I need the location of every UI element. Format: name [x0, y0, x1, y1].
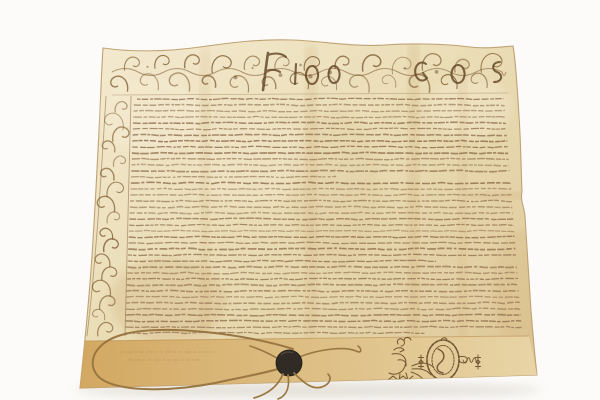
- manuscript-charter-photo: [0, 0, 600, 400]
- frieze-dot: [234, 75, 238, 79]
- frieze-dot: [146, 66, 148, 68]
- light-patch: [98, 77, 202, 153]
- frieze-dot: [279, 73, 283, 77]
- frieze-dot: [308, 74, 312, 78]
- frieze-dot: [299, 64, 302, 67]
- wax-seal: [276, 350, 302, 376]
- manuscript-text-line: [128, 266, 517, 267]
- frieze-dot: [435, 70, 439, 74]
- fold-crease: [408, 44, 419, 340]
- photo-frame: [0, 0, 600, 400]
- notarial-cross: [419, 355, 424, 369]
- wax-seal-body: [276, 350, 302, 376]
- frieze-dot: [252, 67, 254, 69]
- frieze-dot: [404, 67, 406, 69]
- initial-letter-stroke: [295, 64, 296, 84]
